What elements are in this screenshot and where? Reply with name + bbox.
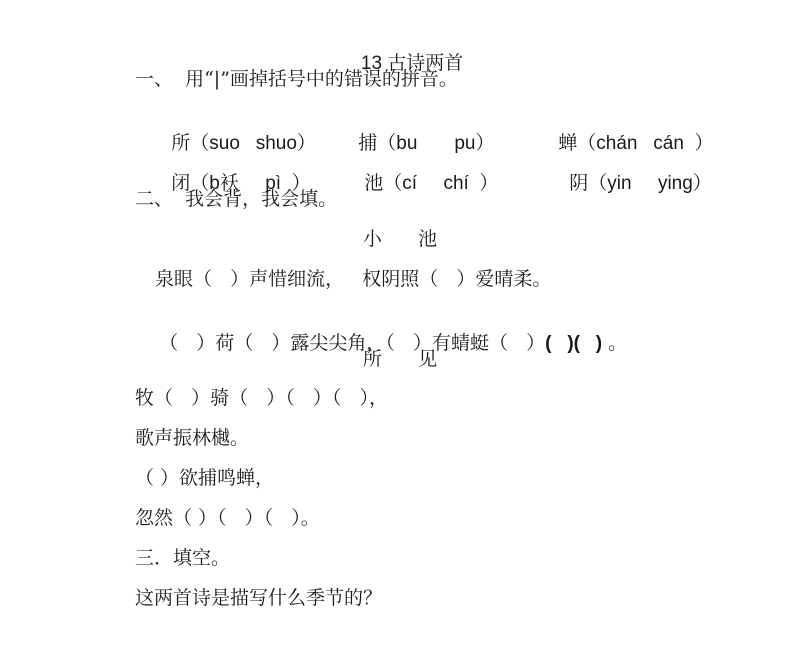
pinyin-options: （yin ying）: [588, 173, 712, 194]
section3-heading: 三．填空。: [135, 546, 230, 570]
poem2-title: 所 见: [0, 347, 800, 371]
pinyin-item: 池（cí chí ）: [328, 147, 498, 220]
section2-heading: 二、 我会背，我会填。: [135, 187, 337, 211]
poem2-line-4: 忽然（ ）（ ）（ ）。: [135, 506, 320, 530]
poem1-line-1: 泉眼（ ）声惜细流， 权阴照（ ）爱晴柔。: [155, 267, 551, 291]
poem1-title: 小 池: [0, 227, 800, 251]
poem2-line-2: 歌声振林樾。: [135, 426, 249, 450]
poem2-line-1: 牧（ ）骑（ ）（ ）（ ），: [135, 386, 388, 410]
pinyin-item: 阴（yin ying）: [533, 147, 712, 220]
poem2-line-3: （ ）欲捕鸣蝉，: [135, 466, 274, 490]
pinyin-char: 池: [364, 172, 383, 194]
pinyin-char: 阴: [569, 172, 588, 194]
section3-question: 这两首诗是描写什么季节的？: [135, 586, 382, 610]
section1-heading: 一、 用“|”画掉括号中的错误的拼音。: [135, 67, 458, 91]
pinyin-options: （cí chí ）: [383, 173, 498, 194]
